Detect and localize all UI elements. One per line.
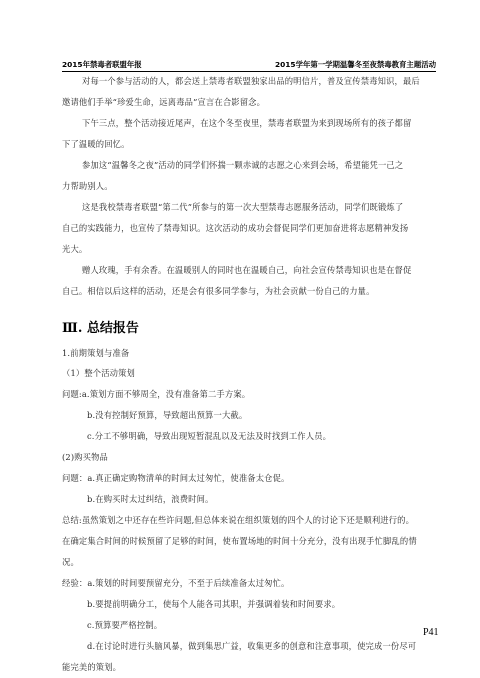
paragraph-line: 这是我校禁毒者联盟“第二代”所参与的第一次大型禁毒志愿服务活动，同学们既锻炼了: [82, 201, 403, 213]
section-title: Ⅲ. 总结报告: [62, 317, 139, 336]
report-line: 能完美的策划。: [62, 661, 121, 673]
report-line: c.预算要严格控制。: [87, 619, 162, 631]
page-number: P41: [423, 627, 439, 638]
paragraph-line: 对每一个参与活动的人，都会送上禁毒者联盟独家出品的明信片，普及宣传禁毒知识，最后: [82, 75, 420, 87]
report-line: （1）整个活动策划: [62, 367, 135, 379]
paragraph-line: 下午三点，整个活动接近尾声，在这个冬至夜里，禁毒者联盟为来到现场所有的孩子都留: [82, 117, 411, 129]
paragraph-line: 下了温暖的回忆。: [62, 138, 130, 150]
paragraph-line: 自己。相信以后这样的活动，还是会有很多同学参与，为社会贡献一份自己的力量。: [62, 285, 375, 297]
report-line: b.在购买时太过纠结，浪费时间。: [87, 493, 214, 505]
paragraph-line: 赠人玫瑰，手有余香。在温暖别人的同时也在温暖自己，向社会宣传禁毒知识也是在督促: [82, 264, 411, 276]
report-line: 总结:虽然策划之中还存在些许问题,但总体来说在组织策划的四个人的讨论下还是顺利进…: [62, 514, 414, 526]
paragraph-line: 参加这“温馨冬之夜”活动的同学们怀揣一颗赤诚的志愿之心来到会场，希望能凭一己之: [82, 159, 403, 171]
paragraph-line: 力帮助别人。: [62, 180, 113, 192]
paragraph-line: 邀请他们手举“珍爱生命，远离毒品”宣言在合影留念。: [62, 96, 265, 108]
report-line: d.在讨论时进行头脑风暴，做到集思广益，收集更多的创意和注意事项，使完成一份尽可: [87, 640, 416, 652]
report-line: 1.前期策划与准备: [62, 347, 129, 359]
report-line: 况。: [62, 556, 79, 568]
report-line: 经验：a.策划的时间要预留充分，不至于后续准备太过匆忙。: [62, 577, 290, 589]
report-line: b.要提前明确分工，使每个人能各司其职，并强调着装和时间要求。: [87, 598, 340, 610]
report-line: 在确定集合时间的时候预留了足够的时间，使布置场地的时间十分充分，没有出现手忙脚乱…: [62, 535, 417, 547]
header-right-title: 2015学年第一学期温馨冬至夜禁毒教育主题活动: [275, 59, 436, 70]
report-line: 问题:a.策划方面不够周全，没有准备第二手方案。: [62, 388, 250, 400]
header-left-title: 2015年禁毒者联盟年报: [62, 59, 142, 70]
report-line: 问题：a.真正确定购物清单的时间太过匆忙，使准备太仓促。: [62, 472, 290, 484]
report-line: (2)购买物品: [62, 451, 108, 463]
paragraph-line: 光大。: [62, 243, 87, 255]
report-line: b.没有控制好预算，导致超出预算一大截。: [87, 409, 247, 421]
paragraph-line: 自己的实践能力，也宣传了禁毒知识。这次活动的成功会督促同学们更加奋进将志愿精神发…: [62, 222, 408, 234]
report-line: c.分工不够明确，导致出现短暂混乱以及无法及时找到工作人员。: [87, 430, 331, 442]
page-header: 2015年禁毒者联盟年报 2015学年第一学期温馨冬至夜禁毒教育主题活动: [62, 58, 436, 72]
